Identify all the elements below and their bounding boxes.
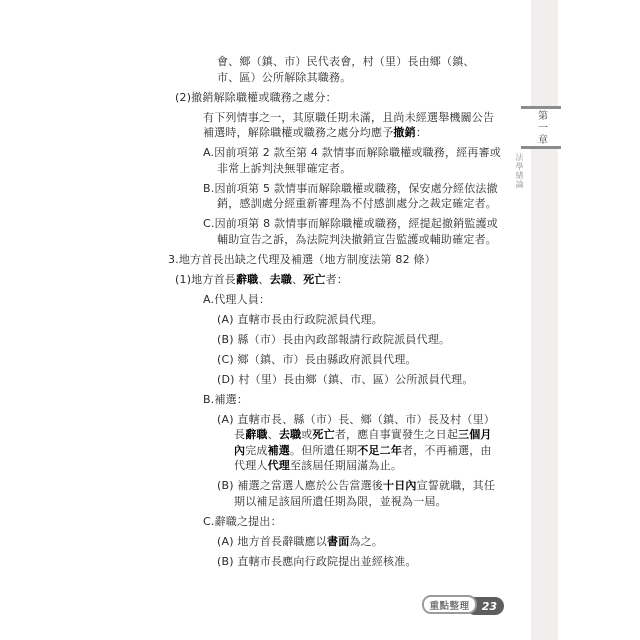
text-line: 代理人代理至該屆任期屆滿為止。 bbox=[234, 458, 530, 474]
text-line: 輔助宣告之訴，為法院判決撤銷宣告監護或輔助確定者。 bbox=[217, 232, 530, 248]
text-segment: 者，不再補選，由 bbox=[402, 444, 492, 457]
text-segment: 市、區）公所解除其職務。 bbox=[217, 71, 351, 84]
text-segment: 、 bbox=[292, 273, 303, 286]
text-segment: (A) 直轄市長由行政院派員代理。 bbox=[217, 313, 383, 326]
emphasized-text: 補選 bbox=[268, 444, 290, 457]
text-line: 會、鄉（鎮、市）民代表會，村（里）長由鄉（鎮、 bbox=[217, 54, 530, 70]
text-segment: A.因前項第 2 款至第 4 款情事而解除職權或職務，經再審或 bbox=[203, 146, 501, 159]
emphasized-text: 內 bbox=[234, 444, 245, 457]
text-line: (B) 直轄市長應向行政院提出並經核准。 bbox=[217, 554, 530, 570]
text-segment: 代理人 bbox=[234, 459, 268, 472]
footer-badge-label-box: 重點整理 bbox=[422, 595, 477, 614]
text-segment: 或 bbox=[301, 428, 312, 441]
text-segment: 、 bbox=[258, 273, 269, 286]
footer-badge: 23 重點整理 bbox=[422, 594, 506, 617]
text-segment: (2)撤銷解除職權或職務之處分： bbox=[175, 91, 337, 104]
text-segment: C.辭職之提出： bbox=[203, 515, 282, 528]
text-segment: 、 bbox=[268, 428, 279, 441]
text-line: B.因前項第 5 款情事而解除職權或職務，保安處分經依法撤 bbox=[203, 181, 530, 197]
text-line: 3.地方首長出缺之代理及補選（地方制度法第 82 條） bbox=[168, 252, 530, 268]
text-line: C.因前項第 8 款情事而解除職權或職務，經提起撤銷監護或 bbox=[203, 216, 530, 232]
text-line: 長辭職、去職或死亡者，應自事實發生之日起三個月 bbox=[234, 427, 530, 443]
text-segment: (C) 鄉（鎮、市）長由縣政府派員代理。 bbox=[217, 353, 417, 366]
text-segment: 非常上訴判決無罪確定者。 bbox=[217, 162, 351, 175]
text-segment: 。但所遺任期 bbox=[290, 444, 357, 457]
text-segment: (A) 地方首長辭職應以 bbox=[217, 535, 327, 548]
text-line: (C) 鄉（鎮、市）長由縣政府派員代理。 bbox=[217, 352, 530, 368]
text-segment: 長 bbox=[234, 428, 245, 441]
text-segment: (B) 補選之當選人應於公告當選後 bbox=[217, 479, 383, 492]
text-line: C.辭職之提出： bbox=[203, 514, 530, 530]
text-segment: (B) 直轄市長應向行政院提出並經核准。 bbox=[217, 555, 417, 568]
text-segment: 期以補足該屆所遺任期為限，並視為一屆。 bbox=[234, 495, 447, 508]
emphasized-text: 辭職 bbox=[236, 273, 258, 286]
content-lines: 會、鄉（鎮、市）民代表會，村（里）長由鄉（鎮、市、區）公所解除其職務。(2)撤銷… bbox=[0, 54, 530, 569]
text-segment: ： bbox=[416, 126, 427, 139]
text-segment: 者： bbox=[326, 273, 348, 286]
text-segment: (B) 縣（市）長由內政部報請行政院派員代理。 bbox=[217, 333, 450, 346]
text-segment: 至該屆任期屆滿為止。 bbox=[290, 459, 402, 472]
text-segment: 宣誓就職，其任 bbox=[417, 479, 495, 492]
text-segment: 補選時，解除職權或職務之處分均應予 bbox=[203, 126, 393, 139]
text-line: (B) 縣（市）長由內政部報請行政院派員代理。 bbox=[217, 332, 530, 348]
text-segment: A.代理人員： bbox=[203, 293, 270, 306]
text-line: (1)地方首長辭職、去職、死亡者： bbox=[175, 272, 530, 288]
text-segment: 3.地方首長出缺之代理及補選（地方制度法第 82 條） bbox=[168, 253, 436, 266]
text-segment: B.補選： bbox=[203, 393, 248, 406]
text-segment: 輔助宣告之訴，為法院判決撤銷宣告監護或輔助確定者。 bbox=[217, 233, 497, 246]
text-line: (D) 村（里）長由鄉（鎮、市、區）公所派員代理。 bbox=[217, 372, 530, 388]
text-line: (A) 直轄市長由行政院派員代理。 bbox=[217, 312, 530, 328]
page-number: 23 bbox=[482, 600, 497, 613]
text-segment: (A) 直轄市長、縣（市）長、鄉（鎮、市）長及村（里） bbox=[217, 413, 495, 426]
text-segment: 有下列情事之一，其原職任期未滿，且尚未經選舉機關公告 bbox=[203, 111, 494, 124]
emphasized-text: 十日內 bbox=[383, 479, 417, 492]
emphasized-text: 書面 bbox=[327, 535, 349, 548]
text-line: (B) 補選之當選人應於公告當選後十日內宣誓就職，其任 bbox=[217, 478, 530, 494]
footer-badge-label: 重點整理 bbox=[429, 598, 469, 612]
text-segment: B.因前項第 5 款情事而解除職權或職務，保安處分經依法撤 bbox=[203, 182, 498, 195]
page-body-text: 會、鄉（鎮、市）民代表會，村（里）長由鄉（鎮、市、區）公所解除其職務。(2)撤銷… bbox=[0, 54, 530, 569]
text-segment: 者，應自事實發生之日起 bbox=[335, 428, 458, 441]
text-line: (A) 直轄市長、縣（市）長、鄉（鎮、市）長及村（里） bbox=[217, 412, 530, 428]
emphasized-text: 三個月 bbox=[458, 428, 492, 441]
emphasized-text: 死亡 bbox=[303, 273, 325, 286]
text-segment: 銷，感訓處分經重新審理為不付感訓處分之裁定確定者。 bbox=[217, 197, 497, 210]
text-line: 銷，感訓處分經重新審理為不付感訓處分之裁定確定者。 bbox=[217, 196, 530, 212]
text-segment: 完成 bbox=[245, 444, 267, 457]
text-segment: (D) 村（里）長由鄉（鎮、市、區）公所派員代理。 bbox=[217, 373, 474, 386]
text-line: 內完成補選。但所遺任期不足二年者，不再補選，由 bbox=[234, 443, 530, 459]
emphasized-text: 撤銷 bbox=[393, 126, 415, 139]
text-line: 市、區）公所解除其職務。 bbox=[217, 70, 530, 86]
chapter-side-strip bbox=[531, 0, 558, 640]
text-segment: 會、鄉（鎮、市）民代表會，村（里）長由鄉（鎮、 bbox=[217, 55, 475, 68]
emphasized-text: 不足二年 bbox=[357, 444, 402, 457]
text-segment: C.因前項第 8 款情事而解除職權或職務，經提起撤銷監護或 bbox=[203, 217, 498, 230]
text-segment: (1)地方首長 bbox=[175, 273, 236, 286]
text-segment: 為之。 bbox=[349, 535, 383, 548]
emphasized-text: 代理 bbox=[268, 459, 290, 472]
text-line: 期以補足該屆所遺任期為限，並視為一屆。 bbox=[234, 494, 530, 510]
text-line: B.補選： bbox=[203, 392, 530, 408]
emphasized-text: 去職 bbox=[279, 428, 301, 441]
text-line: 非常上訴判決無罪確定者。 bbox=[217, 161, 530, 177]
text-line: 有下列情事之一，其原職任期未滿，且尚未經選舉機關公告 bbox=[203, 110, 530, 126]
emphasized-text: 死亡 bbox=[312, 428, 334, 441]
text-line: (2)撤銷解除職權或職務之處分： bbox=[175, 90, 530, 106]
text-line: (A) 地方首長辭職應以書面為之。 bbox=[217, 534, 530, 550]
chapter-tab-label: 第一章 bbox=[534, 110, 549, 146]
emphasized-text: 去職 bbox=[270, 273, 292, 286]
text-line: A.因前項第 2 款至第 4 款情事而解除職權或職務，經再審或 bbox=[203, 145, 530, 161]
emphasized-text: 辭職 bbox=[245, 428, 267, 441]
text-line: 補選時，解除職權或職務之處分均應予撤銷： bbox=[203, 125, 530, 141]
text-line: A.代理人員： bbox=[203, 292, 530, 308]
